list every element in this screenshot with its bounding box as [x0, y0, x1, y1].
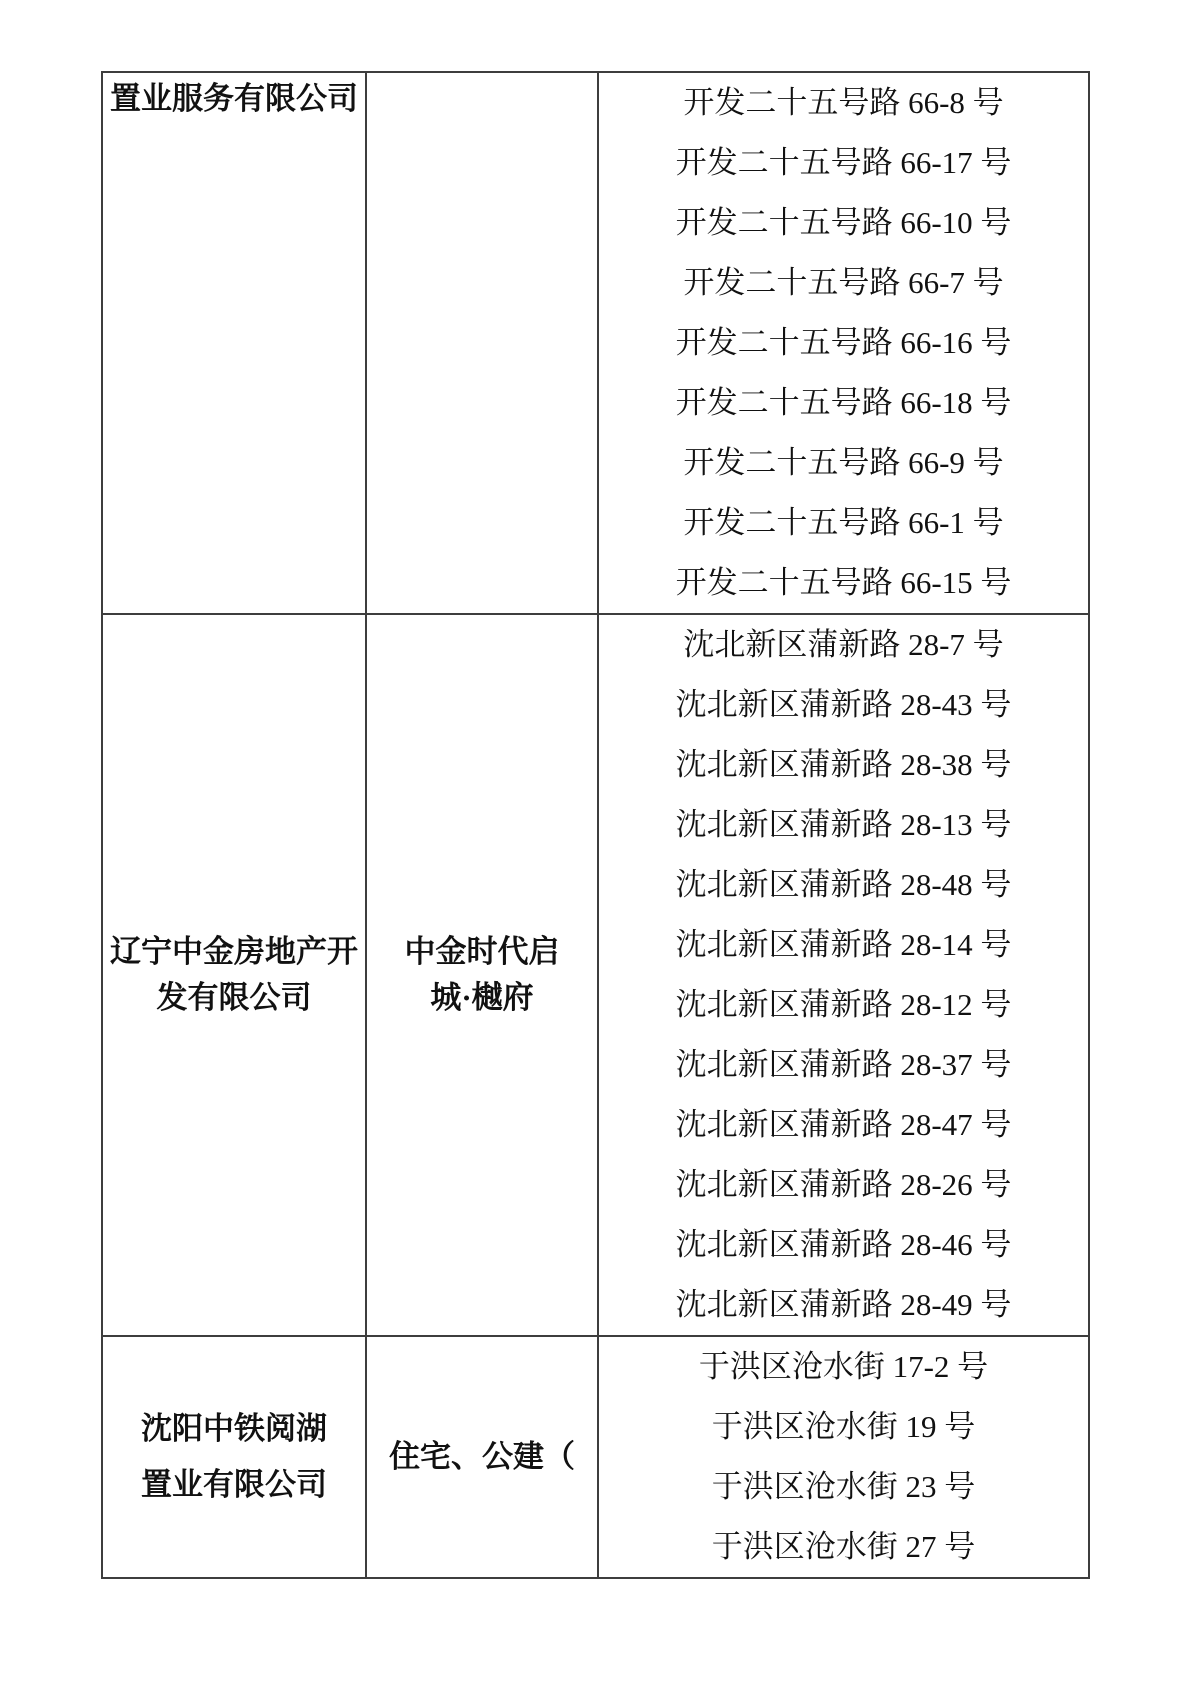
address-line: 开发二十五号路 66-18 号	[599, 373, 1088, 433]
address-line: 开发二十五号路 66-16 号	[599, 313, 1088, 373]
address-line: 开发二十五号路 66-1 号	[599, 493, 1088, 553]
address-line: 沈北新区蒲新路 28-37 号	[599, 1035, 1088, 1095]
address-line: 沈北新区蒲新路 28-7 号	[599, 615, 1088, 675]
company-cell: 沈阳中铁阅湖置业有限公司	[103, 1337, 367, 1577]
address-line: 沈北新区蒲新路 28-26 号	[599, 1155, 1088, 1215]
project-name-line: 城·樾府	[430, 975, 533, 1021]
address-line: 于洪区沧水街 23 号	[599, 1457, 1088, 1517]
address-line: 于洪区沧水街 19 号	[599, 1397, 1088, 1457]
project-name-line: 住宅、公建（	[389, 1434, 575, 1480]
company-cell: 置业服务有限公司	[103, 73, 367, 613]
address-line: 沈北新区蒲新路 28-12 号	[599, 975, 1088, 1035]
address-line: 开发二十五号路 66-10 号	[599, 193, 1088, 253]
address-line: 开发二十五号路 66-17 号	[599, 133, 1088, 193]
project-cell	[367, 73, 599, 613]
company-name-line: 发有限公司	[157, 975, 312, 1021]
address-line: 沈北新区蒲新路 28-47 号	[599, 1095, 1088, 1155]
project-name-line: 中金时代启	[405, 929, 560, 975]
address-line: 开发二十五号路 66-9 号	[599, 433, 1088, 493]
address-line: 沈北新区蒲新路 28-43 号	[599, 675, 1088, 735]
address-line: 沈北新区蒲新路 28-49 号	[599, 1275, 1088, 1335]
company-cell: 辽宁中金房地产开发有限公司	[103, 615, 367, 1335]
address-line: 沈北新区蒲新路 28-38 号	[599, 735, 1088, 795]
table-row: 置业服务有限公司开发二十五号路 66-8 号开发二十五号路 66-17 号开发二…	[103, 73, 1088, 613]
address-cell: 开发二十五号路 66-8 号开发二十五号路 66-17 号开发二十五号路 66-…	[599, 73, 1088, 613]
address-cell: 沈北新区蒲新路 28-7 号沈北新区蒲新路 28-43 号沈北新区蒲新路 28-…	[599, 615, 1088, 1335]
company-name-line: 沈阳中铁阅湖	[141, 1401, 327, 1457]
project-cell: 住宅、公建（	[367, 1337, 599, 1577]
table-row: 沈阳中铁阅湖置业有限公司住宅、公建（于洪区沧水街 17-2 号于洪区沧水街 19…	[103, 1335, 1088, 1577]
company-name-line: 辽宁中金房地产开	[110, 929, 358, 975]
address-line: 沈北新区蒲新路 28-46 号	[599, 1215, 1088, 1275]
address-line: 于洪区沧水街 27 号	[599, 1517, 1088, 1577]
address-line: 于洪区沧水街 17-2 号	[599, 1337, 1088, 1397]
table: 置业服务有限公司开发二十五号路 66-8 号开发二十五号路 66-17 号开发二…	[101, 71, 1090, 1579]
document-page: 置业服务有限公司开发二十五号路 66-8 号开发二十五号路 66-17 号开发二…	[0, 0, 1190, 1682]
address-line: 沈北新区蒲新路 28-14 号	[599, 915, 1088, 975]
address-line: 沈北新区蒲新路 28-48 号	[599, 855, 1088, 915]
company-name-line: 置业有限公司	[141, 1457, 327, 1513]
address-line: 开发二十五号路 66-7 号	[599, 253, 1088, 313]
table-row: 辽宁中金房地产开发有限公司中金时代启城·樾府沈北新区蒲新路 28-7 号沈北新区…	[103, 613, 1088, 1335]
project-cell: 中金时代启城·樾府	[367, 615, 599, 1335]
company-name-line: 置业服务有限公司	[110, 80, 358, 118]
address-cell: 于洪区沧水街 17-2 号于洪区沧水街 19 号于洪区沧水街 23 号于洪区沧水…	[599, 1337, 1088, 1577]
address-line: 沈北新区蒲新路 28-13 号	[599, 795, 1088, 855]
address-line: 开发二十五号路 66-8 号	[599, 73, 1088, 133]
address-line: 开发二十五号路 66-15 号	[599, 553, 1088, 613]
